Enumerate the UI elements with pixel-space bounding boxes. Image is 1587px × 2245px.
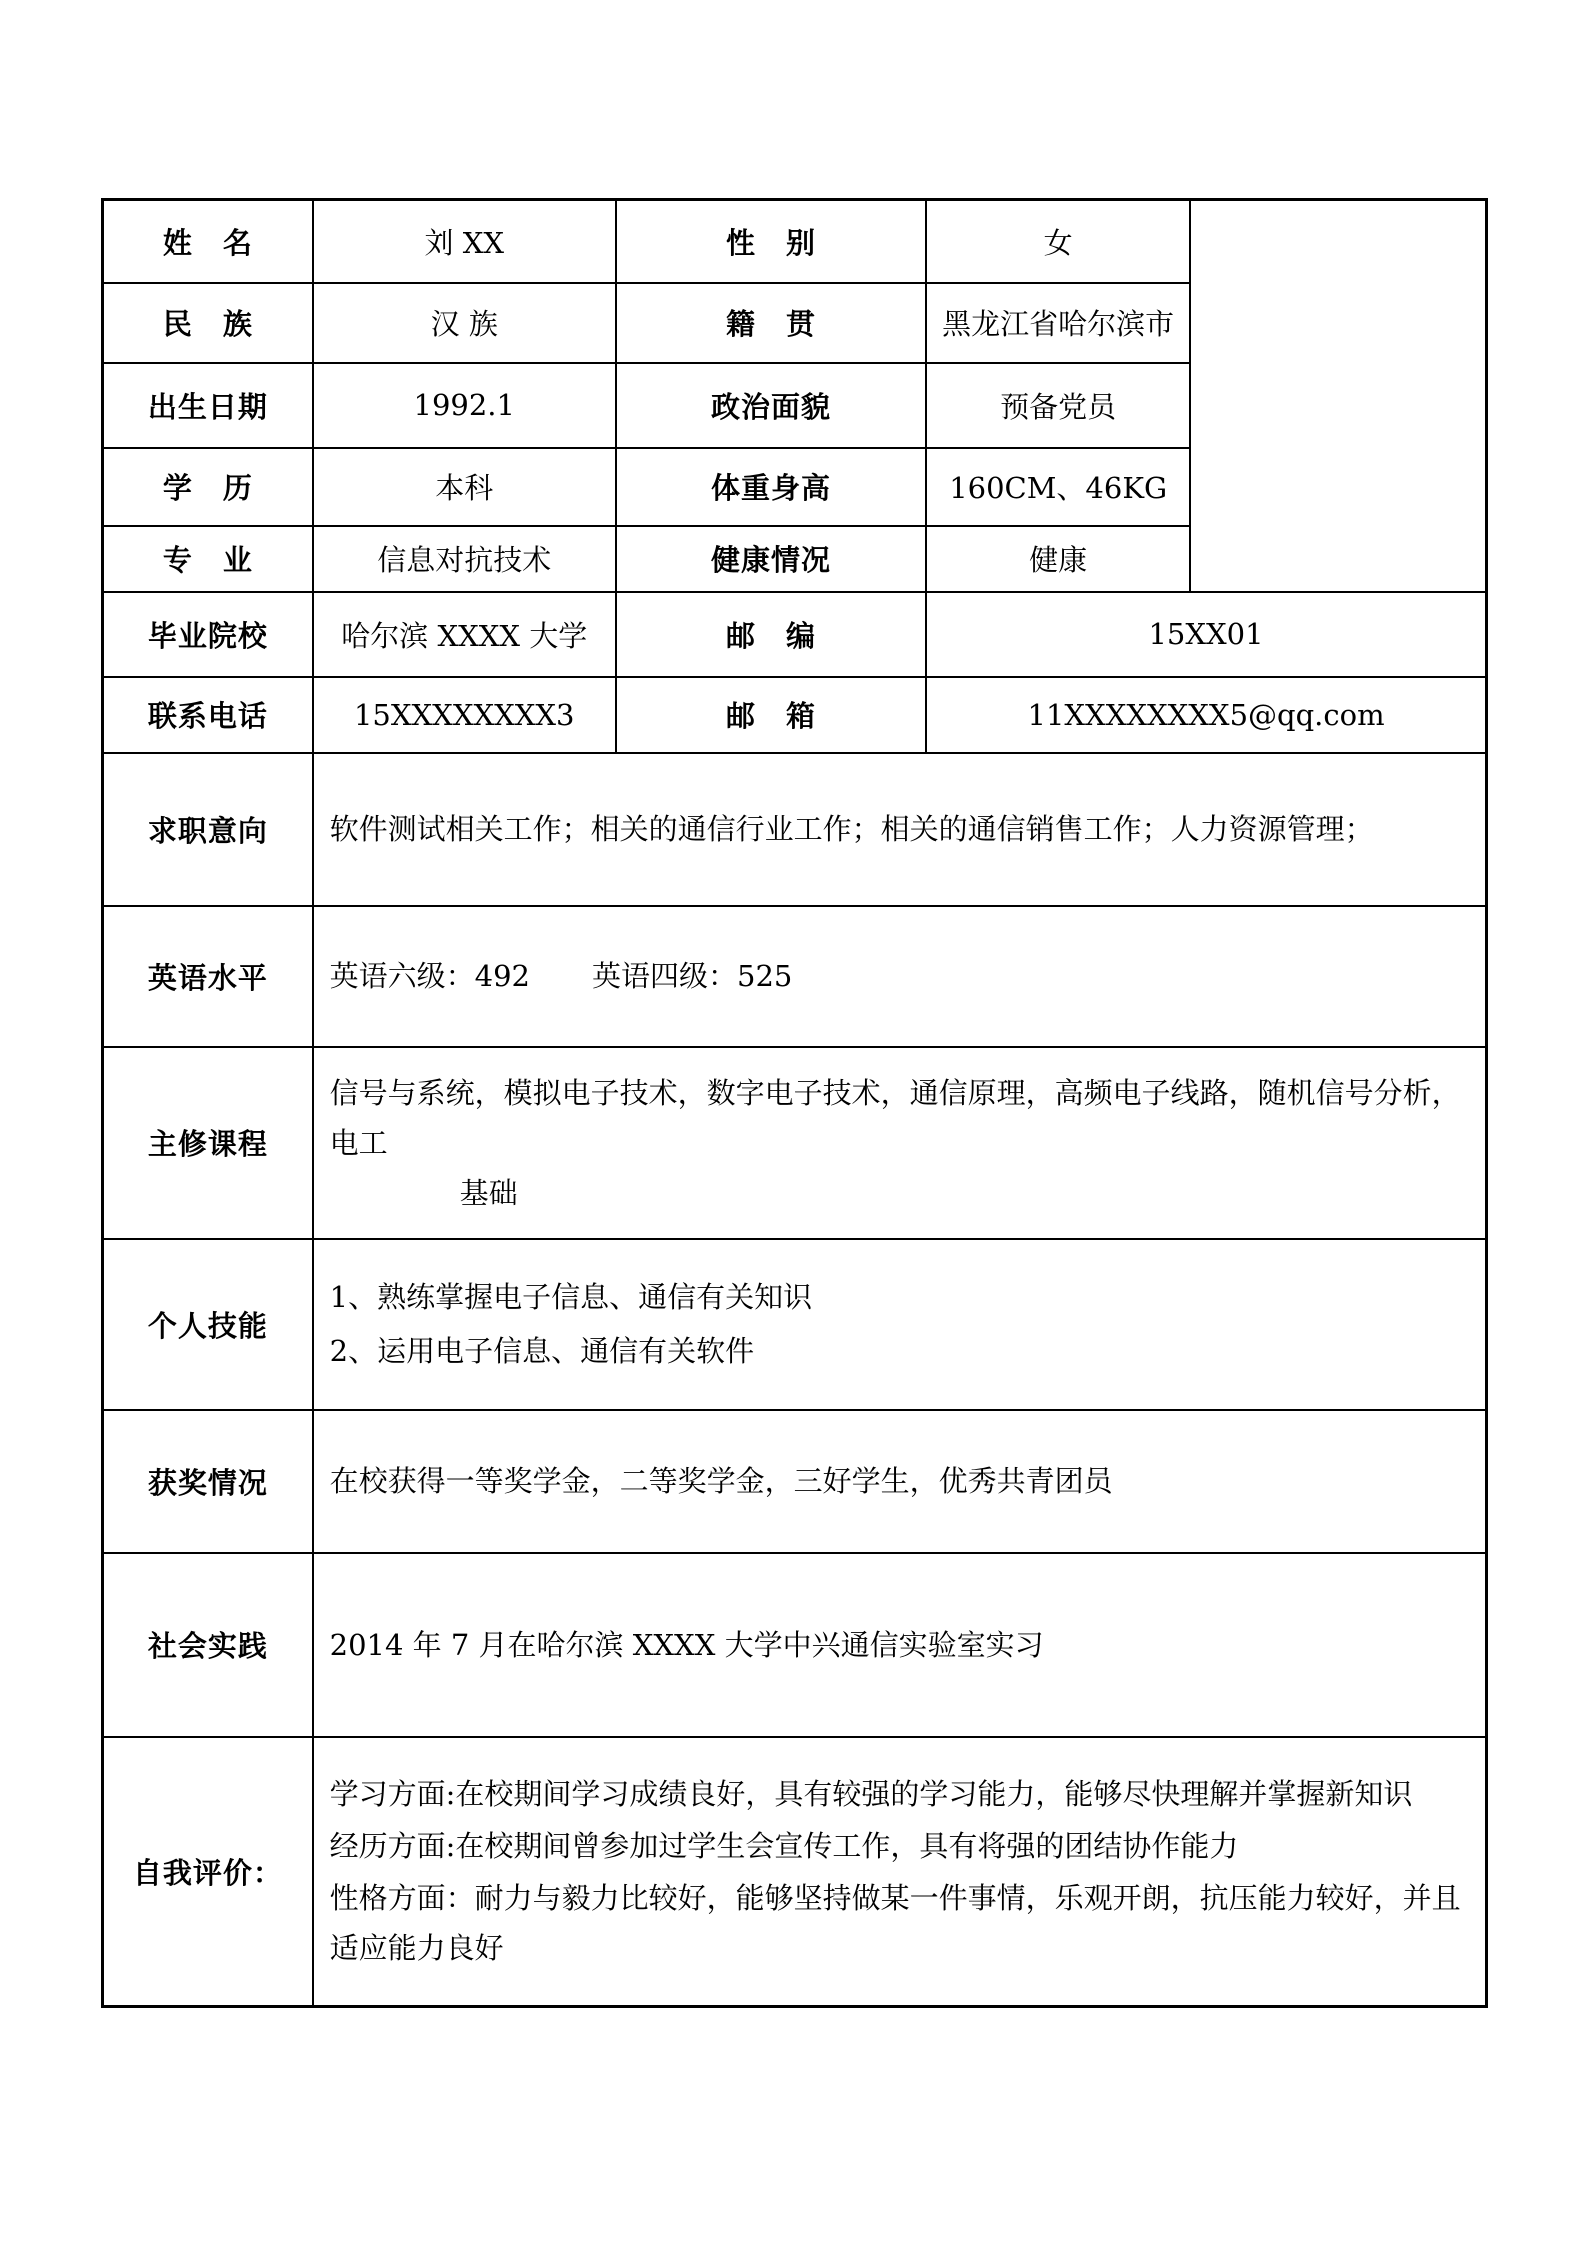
awards-value: 在校获得一等奖学金，二等奖学金，三好学生，优秀共青团员 xyxy=(313,1410,1487,1553)
cet4-score: 英语四级：525 xyxy=(592,959,792,993)
row-practice: 社会实践 2014 年 7 月在哈尔滨 XXXX 大学中兴通信实验室实习 xyxy=(103,1553,1487,1737)
ethnic-value: 汉 族 xyxy=(313,283,616,363)
row-school: 毕业院校 哈尔滨 XXXX 大学 邮 编 15XX01 xyxy=(103,592,1487,677)
row-name: 姓 名 刘 XX 性 别 女 xyxy=(103,200,1487,283)
political-status-label: 政治面貌 xyxy=(616,363,926,448)
hometown-value: 黑龙江省哈尔滨市 xyxy=(926,283,1190,363)
self-evaluation-study: 学习方面:在校期间学习成绩良好，具有较强的学习能力，能够尽快理解并掌握新知识 xyxy=(330,1769,1469,1819)
gender-value: 女 xyxy=(926,200,1190,283)
self-evaluation-label: 自我评价： xyxy=(103,1737,313,2007)
resume-page: 姓 名 刘 XX 性 别 女 民 族 汉 族 籍 贯 黑龙江省哈尔滨市 出生日期… xyxy=(0,0,1587,2245)
objective-value: 软件测试相关工作；相关的通信行业工作；相关的通信销售工作；人力资源管理； xyxy=(313,753,1487,906)
major-value: 信息对抗技术 xyxy=(313,526,616,592)
health-label: 健康情况 xyxy=(616,526,926,592)
practice-value: 2014 年 7 月在哈尔滨 XXXX 大学中兴通信实验室实习 xyxy=(313,1553,1487,1737)
skills-label: 个人技能 xyxy=(103,1239,313,1410)
major-label: 专 业 xyxy=(103,526,313,592)
self-evaluation-personality: 性格方面：耐力与毅力比较好，能够坚持做某一件事情，乐观开朗，抗压能力较好，并且适… xyxy=(330,1873,1469,1973)
objective-label: 求职意向 xyxy=(103,753,313,906)
self-evaluation-experience: 经历方面:在校期间曾参加过学生会宣传工作，具有将强的团结协作能力 xyxy=(330,1821,1469,1871)
email-value: 11XXXXXXXX5@qq.com xyxy=(926,677,1486,753)
birthdate-value: 1992.1 xyxy=(313,363,616,448)
political-status-value: 预备党员 xyxy=(926,363,1190,448)
education-value: 本科 xyxy=(313,448,616,526)
awards-label: 获奖情况 xyxy=(103,1410,313,1553)
courses-value: 信号与系统，模拟电子技术，数字电子技术，通信原理，高频电子线路，随机信号分析，电… xyxy=(313,1047,1487,1239)
phone-value: 15XXXXXXXX3 xyxy=(313,677,616,753)
practice-label: 社会实践 xyxy=(103,1553,313,1737)
phone-label: 联系电话 xyxy=(103,677,313,753)
zipcode-value: 15XX01 xyxy=(926,592,1486,677)
name-label: 姓 名 xyxy=(103,200,313,283)
resume-table: 姓 名 刘 XX 性 别 女 民 族 汉 族 籍 贯 黑龙江省哈尔滨市 出生日期… xyxy=(101,198,1488,2008)
row-skills: 个人技能 1、熟练掌握电子信息、通信有关知识 2、运用电子信息、通信有关软件 xyxy=(103,1239,1487,1410)
cet6-score: 英语六级：492 xyxy=(330,959,530,993)
courses-line-2: 基础 xyxy=(460,1168,1469,1218)
courses-line-1: 信号与系统，模拟电子技术，数字电子技术，通信原理，高频电子线路，随机信号分析，电… xyxy=(330,1068,1469,1168)
self-evaluation-value: 学习方面:在校期间学习成绩良好，具有较强的学习能力，能够尽快理解并掌握新知识 经… xyxy=(313,1737,1487,2007)
hometown-label: 籍 贯 xyxy=(616,283,926,363)
row-phone: 联系电话 15XXXXXXXX3 邮 箱 11XXXXXXXX5@qq.com xyxy=(103,677,1487,753)
english-level-label: 英语水平 xyxy=(103,906,313,1047)
row-objective: 求职意向 软件测试相关工作；相关的通信行业工作；相关的通信销售工作；人力资源管理… xyxy=(103,753,1487,906)
skill-item-1: 1、熟练掌握电子信息、通信有关知识 xyxy=(330,1272,1469,1322)
photo-placeholder xyxy=(1190,200,1486,592)
school-value: 哈尔滨 XXXX 大学 xyxy=(313,592,616,677)
row-awards: 获奖情况 在校获得一等奖学金，二等奖学金，三好学生，优秀共青团员 xyxy=(103,1410,1487,1553)
courses-label: 主修课程 xyxy=(103,1047,313,1239)
english-level-value: 英语六级：492英语四级：525 xyxy=(313,906,1487,1047)
ethnic-label: 民 族 xyxy=(103,283,313,363)
education-label: 学 历 xyxy=(103,448,313,526)
height-weight-value: 160CM、46KG xyxy=(926,448,1190,526)
email-label: 邮 箱 xyxy=(616,677,926,753)
school-label: 毕业院校 xyxy=(103,592,313,677)
row-self-evaluation: 自我评价： 学习方面:在校期间学习成绩良好，具有较强的学习能力，能够尽快理解并掌… xyxy=(103,1737,1487,2007)
height-weight-label: 体重身高 xyxy=(616,448,926,526)
zipcode-label: 邮 编 xyxy=(616,592,926,677)
gender-label: 性 别 xyxy=(616,200,926,283)
row-english: 英语水平 英语六级：492英语四级：525 xyxy=(103,906,1487,1047)
skills-value: 1、熟练掌握电子信息、通信有关知识 2、运用电子信息、通信有关软件 xyxy=(313,1239,1487,1410)
skill-item-2: 2、运用电子信息、通信有关软件 xyxy=(330,1326,1469,1376)
birthdate-label: 出生日期 xyxy=(103,363,313,448)
row-courses: 主修课程 信号与系统，模拟电子技术，数字电子技术，通信原理，高频电子线路，随机信… xyxy=(103,1047,1487,1239)
health-value: 健康 xyxy=(926,526,1190,592)
name-value: 刘 XX xyxy=(313,200,616,283)
